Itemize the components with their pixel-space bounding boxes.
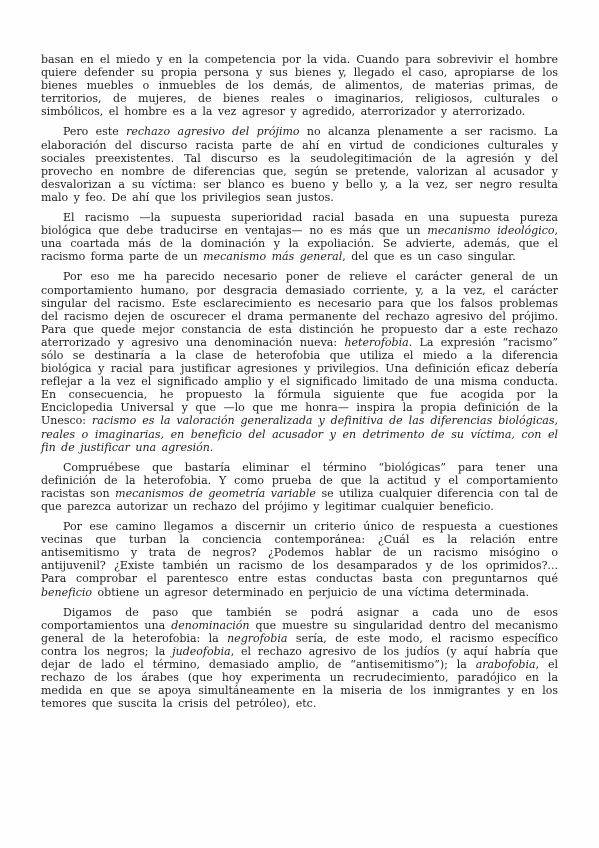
text-run: , del que es un caso singular.: [342, 250, 516, 263]
paragraph-3: El racismo —la supuesta superioridad rac…: [41, 211, 558, 263]
italic-run: racismo es la valoración generalizada y …: [41, 414, 558, 453]
italic-run: negrofobia: [227, 632, 287, 645]
text-run: basan en el miedo y en la competencia po…: [41, 53, 558, 118]
text-run: Por ese camino llegamos a discernir un c…: [41, 520, 558, 585]
text-run: Pero este: [63, 125, 126, 138]
italic-run: mecanismo más general: [203, 250, 342, 263]
paragraph-5: Compruébese que bastaría eliminar el tér…: [41, 461, 558, 513]
italic-run: mecanismo ideológico: [427, 224, 554, 237]
italic-run: rechazo agresivo del prójimo: [126, 125, 299, 138]
paragraph-7: Digamos de paso que también se podrá asi…: [41, 606, 558, 711]
italic-run: arabofobia: [476, 658, 536, 671]
italic-run: denominación: [171, 619, 249, 632]
paragraph-4: Por eso me ha parecido necesario poner d…: [41, 270, 558, 453]
paragraph-1: basan en el miedo y en la competencia po…: [41, 53, 558, 118]
text-block: basan en el miedo y en la competencia po…: [41, 53, 558, 717]
italic-run: heterofobia: [344, 336, 408, 349]
text-run: obtiene un agresor determinado en perjui…: [92, 586, 529, 599]
italic-run: judeofobia: [172, 645, 230, 658]
italic-run: mecanismos de geometría variable: [115, 487, 316, 500]
document-page: basan en el miedo y en la competencia po…: [0, 0, 599, 848]
italic-run: beneficio: [41, 586, 92, 599]
paragraph-2: Pero este rechazo agresivo del prójimo n…: [41, 125, 558, 204]
paragraph-6: Por ese camino llegamos a discernir un c…: [41, 520, 558, 599]
